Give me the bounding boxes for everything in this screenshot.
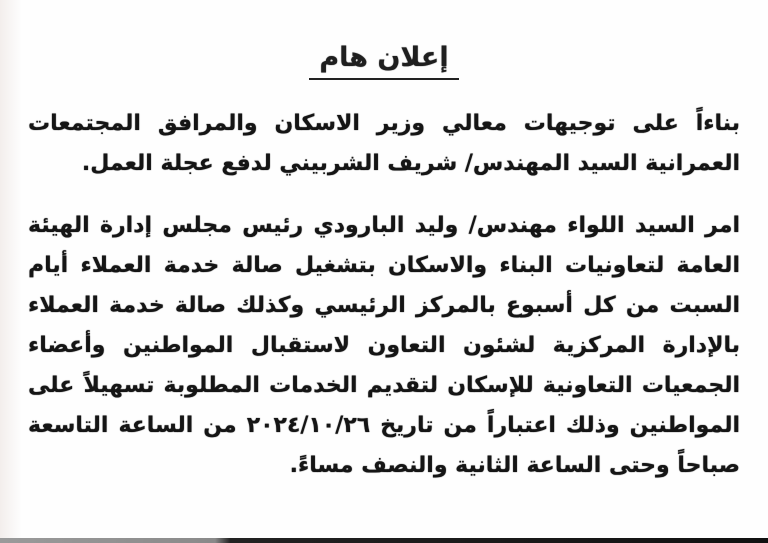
paragraph-intro: بناءاً على توجيهات معالي وزير الاسكان وا… [28,104,740,184]
text-line: العامة لتعاونيات البناء والاسكان بتشغيل … [28,246,740,286]
announcement-body: بناءاً على توجيهات معالي وزير الاسكان وا… [28,104,740,486]
scan-shadow [0,0,22,543]
text-line: السبت من كل أسبوع بالمركز الرئيسي وكذلك … [28,286,740,326]
announcement-title: إعلان هام [309,40,458,80]
paragraph-decision: امر السيد اللواء مهندس/ وليد البارودي رئ… [28,206,740,486]
text-line: امر السيد اللواء مهندس/ وليد البارودي رئ… [28,206,740,246]
text-line: بناءاً على توجيهات معالي وزير الاسكان وا… [28,104,740,144]
title-container: إعلان هام [0,40,768,80]
text-line: العمرانية السيد المهندس/ شريف الشربيني ل… [28,144,740,184]
text-line: المواطنين وذلك اعتباراً من تاريخ ٢٠٢٤/١٠… [28,406,740,446]
announcement-page: إعلان هام بناءاً على توجيهات معالي وزير … [0,0,768,543]
text-line: صباحاً وحتى الساعة الثانية والنصف مساءً. [28,446,740,486]
text-line: الجمعيات التعاونية للإسكان لتقديم الخدما… [28,366,740,406]
text-line: بالإدارة المركزية لشئون التعاون لاستقبال… [28,326,740,366]
page-bottom-edge [0,538,768,543]
